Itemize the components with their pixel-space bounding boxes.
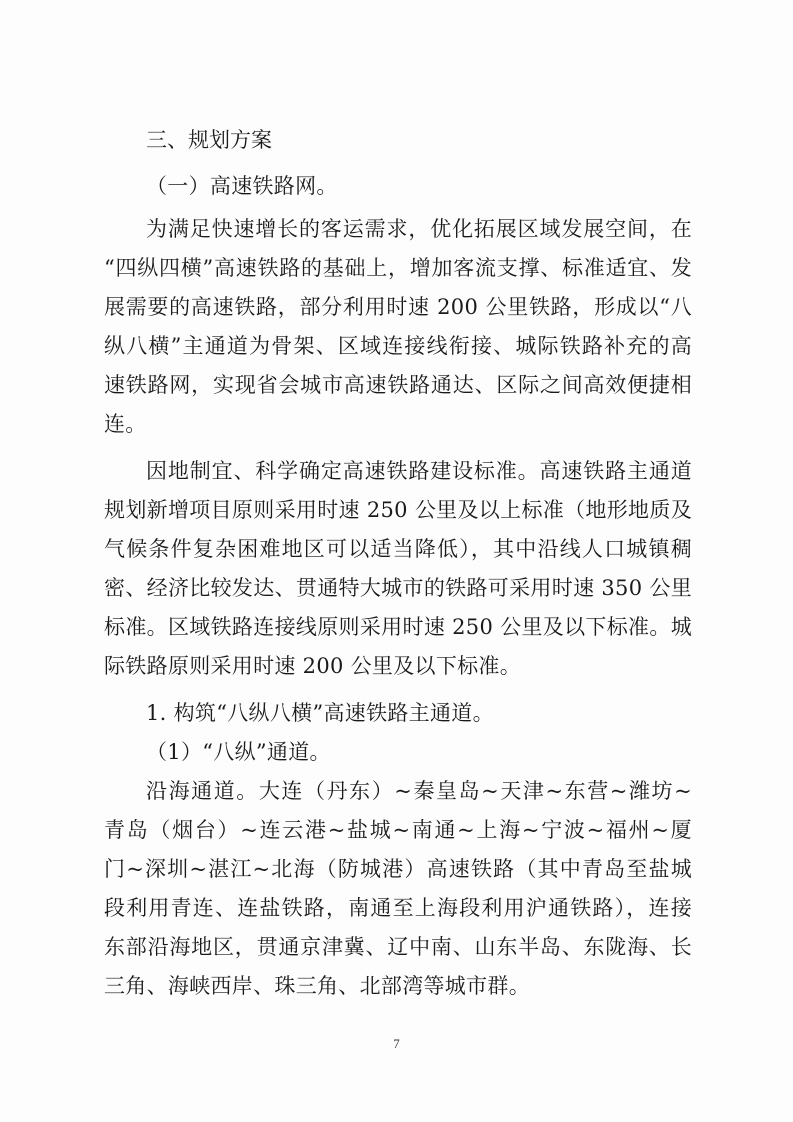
item-heading: 1. 构筑“八纵八横”高速铁路主通道。 bbox=[104, 694, 692, 733]
paragraph-line: “四纵四横”高速铁路的基础上，增加客流支撑、标准适宜、发 bbox=[104, 249, 692, 288]
document-page: 三、规划方案 （一）高速铁路网。 为满足快速增长的客运需求，优化拓展区域发展空间… bbox=[0, 0, 793, 1122]
paragraph-line: 展需要的高速铁路，部分利用时速 200 公里铁路，形成以“八 bbox=[104, 288, 692, 327]
paragraph-line: 标准。区域铁路连接线原则采用时速 250 公里及以下标准。城 bbox=[104, 608, 692, 647]
paragraph-line: 段利用青连、连盐铁路，南通至上海段利用沪通铁路），连接 bbox=[104, 889, 692, 928]
paragraph-line: 三角、海峡西岸、珠三角、北部湾等城市群。 bbox=[104, 967, 692, 1006]
document-body: 三、规划方案 （一）高速铁路网。 为满足快速增长的客运需求，优化拓展区域发展空间… bbox=[104, 121, 692, 1006]
paragraph-line: 气候条件复杂困难地区可以适当降低），其中沿线人口城镇稠 bbox=[104, 530, 692, 569]
paragraph-line: 门~深圳~湛江~北海（防城港）高速铁路（其中青岛至盐城 bbox=[104, 850, 692, 889]
paragraph-line: 青岛（烟台）~连云港~盐城~南通~上海~宁波~福州~厦 bbox=[104, 811, 692, 850]
paragraph-line: 连。 bbox=[104, 405, 692, 444]
section-heading: 三、规划方案 bbox=[104, 121, 692, 160]
paragraph-line: 为满足快速增长的客运需求，优化拓展区域发展空间，在 bbox=[104, 210, 692, 249]
paragraph-line: 际铁路原则采用时速 200 公里及以下标准。 bbox=[104, 647, 692, 686]
paragraph-line: 纵八横”主通道为骨架、区域连接线衔接、城际铁路补充的高 bbox=[104, 327, 692, 366]
paragraph-line: 东部沿海地区，贯通京津冀、辽中南、山东半岛、东陇海、长 bbox=[104, 928, 692, 967]
paragraph-line: 因地制宜、科学确定高速铁路建设标准。高速铁路主通道 bbox=[104, 452, 692, 491]
paragraph-line: 密、经济比较发达、贯通特大城市的铁路可采用时速 350 公里 bbox=[104, 569, 692, 608]
subsection-heading: （一）高速铁路网。 bbox=[104, 167, 692, 206]
paragraph-coastal-corridor: 沿海通道。大连（丹东）~秦皇岛~天津~东营~潍坊~ 青岛（烟台）~连云港~盐城~… bbox=[104, 772, 692, 1006]
paragraph-line: 沿海通道。大连（丹东）~秦皇岛~天津~东营~潍坊~ bbox=[104, 772, 692, 811]
page-number: 7 bbox=[0, 1036, 793, 1052]
paragraph-line: 速铁路网，实现省会城市高速铁路通达、区际之间高效便捷相 bbox=[104, 366, 692, 405]
subitem-heading: （1）“八纵”通道。 bbox=[104, 733, 692, 772]
paragraph-demand: 为满足快速增长的客运需求，优化拓展区域发展空间，在 “四纵四横”高速铁路的基础上… bbox=[104, 210, 692, 444]
paragraph-standards: 因地制宜、科学确定高速铁路建设标准。高速铁路主通道 规划新增项目原则采用时速 2… bbox=[104, 452, 692, 686]
paragraph-line: 规划新增项目原则采用时速 250 公里及以上标准（地形地质及 bbox=[104, 491, 692, 530]
